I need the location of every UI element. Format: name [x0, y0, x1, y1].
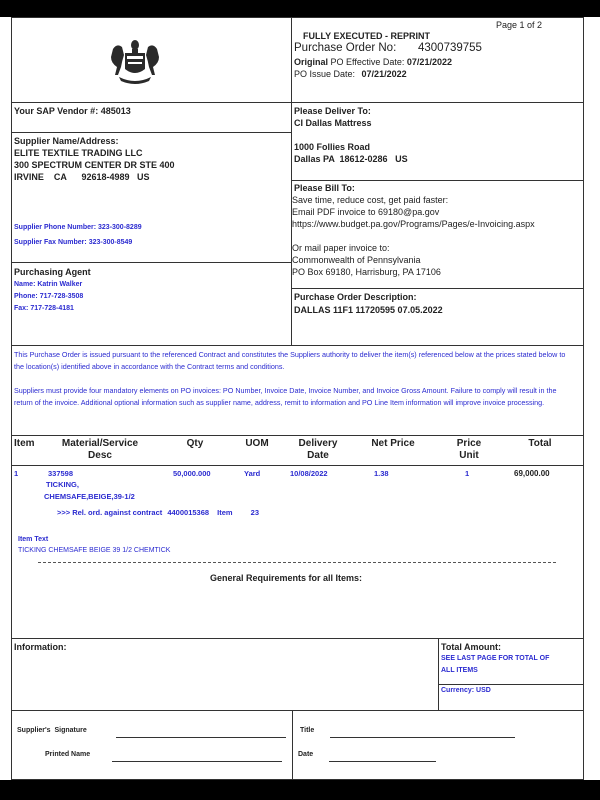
po-number: 4300739755: [418, 42, 482, 54]
deliver-to-address2: Dallas PA 18612-0286 US: [294, 154, 408, 164]
deliver-to-address1: 1000 Follies Road: [294, 142, 370, 152]
contract-notice: This Purchase Order is issued pursuant t…: [14, 349, 574, 373]
vendor-number-line: Your SAP Vendor #: 485013: [14, 106, 131, 116]
date-field[interactable]: [329, 761, 436, 762]
column-header-price-unit: PriceUnit: [452, 438, 486, 462]
row-contract-release: >>> Rel. ord. against contract 440001536…: [57, 508, 259, 517]
agent-fax-label: Fax:: [14, 305, 28, 312]
title-field[interactable]: [330, 737, 515, 738]
bill-to-line5: Commonwealth of Pennsylvania: [292, 255, 421, 265]
vendor-label: Your SAP Vendor #:: [14, 106, 98, 116]
date-label: Date: [298, 751, 313, 758]
deliver-to-name: CI Dallas Mattress: [294, 118, 372, 128]
total-amount-line1: SEE LAST PAGE FOR TOTAL OF: [441, 655, 549, 662]
printed-name-field[interactable]: [112, 761, 282, 762]
effective-date-label: PO Effective Date:: [331, 57, 405, 67]
agent-fax-line: Fax: 717-728-4181: [14, 305, 74, 312]
supplier-phone: 323-300-8289: [98, 224, 142, 231]
row-material: 337598: [48, 469, 73, 478]
signature-left-cell: [11, 710, 293, 780]
row-desc2: CHEMSAFE,BEIGE,39-1/2: [44, 492, 135, 501]
effective-date-prefix: Original: [294, 57, 328, 67]
column-header-delivery-date: DeliveryDate: [290, 438, 346, 462]
agent-fax: 717-728-4181: [30, 305, 74, 312]
po-description-value: DALLAS 11F1 11720595 07.05.2022: [294, 305, 443, 315]
bill-to-line4: Or mail paper invoice to:: [292, 243, 390, 253]
supplier-label: Supplier Name/Address:: [14, 136, 119, 146]
bill-to-line1: Save time, reduce cost, get paid faster:: [292, 195, 448, 205]
column-header-total: Total: [520, 438, 560, 450]
supplier-address1: 300 SPECTRUM CENTER DR STE 400: [14, 160, 175, 170]
bill-to-label: Please Bill To:: [294, 183, 355, 193]
row-total: 69,000.00: [514, 469, 550, 478]
deliver-to-label: Please Deliver To:: [294, 106, 371, 116]
supplier-fax-label: Supplier Fax Number:: [14, 239, 87, 246]
supplier-signature-field[interactable]: [116, 737, 286, 738]
table-header-top-border: [11, 435, 584, 436]
vendor-number: 485013: [101, 106, 131, 116]
supplier-phone-label: Supplier Phone Number:: [14, 224, 96, 231]
effective-date: 07/21/2022: [407, 57, 452, 67]
page-indicator: Page 1 of 2: [496, 20, 542, 30]
information-cell: [11, 638, 439, 711]
row-net-price: 1.38: [374, 469, 389, 478]
printed-name-label: Printed Name: [45, 751, 90, 758]
bill-to-email[interactable]: Email PDF invoice to 69180@pa.gov: [292, 207, 439, 217]
agent-name-label: Name:: [14, 281, 35, 288]
information-label: Information:: [14, 642, 67, 652]
row-item-text-label: Item Text: [18, 536, 48, 543]
po-issue-date-line: PO Issue Date: 07/21/2022: [294, 69, 407, 79]
po-description-label: Purchase Order Description:: [294, 292, 417, 302]
agent-phone-label: Phone:: [14, 293, 38, 300]
agent-name: Katrin Walker: [37, 281, 82, 288]
row-price-unit: 1: [465, 469, 469, 478]
column-header-net-price: Net Price: [366, 438, 420, 450]
row-delivery-date: 10/08/2022: [290, 469, 328, 478]
supplier-fax-line: Supplier Fax Number: 323-300-8549: [14, 239, 132, 246]
row-qty: 50,000.000: [173, 469, 211, 478]
pennsylvania-coat-of-arms-icon: [105, 35, 165, 87]
issue-date: 07/21/2022: [362, 69, 407, 79]
row-item: 1: [14, 469, 18, 478]
supplier-address2: IRVINE CA 92618-4989 US: [14, 172, 150, 182]
purchase-order-page: Page 1 of 2 FULLY EXECUTED - REPRINT Pur…: [0, 17, 600, 780]
total-amount-label: Total Amount:: [441, 642, 501, 652]
po-status: FULLY EXECUTED - REPRINT: [303, 31, 430, 41]
agent-phone-line: Phone: 717-728-3508: [14, 293, 83, 300]
agent-name-line: Name: Katrin Walker: [14, 281, 82, 288]
row-desc1: TICKING,: [46, 480, 79, 489]
row-uom: Yard: [244, 469, 260, 478]
issue-date-label: PO Issue Date:: [294, 69, 355, 79]
column-header-uom: UOM: [242, 438, 272, 450]
row-item-text: TICKING CHEMSAFE BEIGE 39 1/2 CHEMTICK: [18, 547, 170, 554]
column-header-qty: Qty: [180, 438, 210, 450]
table-header-bottom-border: [11, 465, 584, 466]
total-amount-line2: ALL ITEMS: [441, 667, 478, 674]
po-effective-date-line: Original PO Effective Date: 07/21/2022: [294, 57, 452, 67]
bill-to-line6: PO Box 69180, Harrisburg, PA 17106: [292, 267, 441, 277]
invoice-notice: Suppliers must provide four mandatory el…: [14, 385, 574, 409]
supplier-name: ELITE TEXTILE TRADING LLC: [14, 148, 143, 158]
column-header-item: Item: [14, 438, 35, 450]
title-label: Title: [300, 727, 314, 734]
supplier-fax: 323-300-8549: [89, 239, 133, 246]
po-number-label: Purchase Order No:: [294, 42, 396, 54]
separator-dashes: [38, 562, 556, 563]
agent-phone: 717-728-3508: [40, 293, 84, 300]
agent-label: Purchasing Agent: [14, 267, 91, 277]
currency: Currency: USD: [441, 687, 491, 694]
supplier-phone-line: Supplier Phone Number: 323-300-8289: [14, 224, 142, 231]
general-requirements-heading: General Requirements for all Items:: [210, 573, 362, 583]
bill-to-einvoicing-link[interactable]: https://www.budget.pa.gov/Programs/Pages…: [292, 219, 535, 229]
signature-right-cell: [292, 710, 584, 780]
supplier-signature-label: Supplier's Signature: [17, 727, 87, 734]
column-header-material: Material/ServiceDesc: [50, 438, 150, 462]
